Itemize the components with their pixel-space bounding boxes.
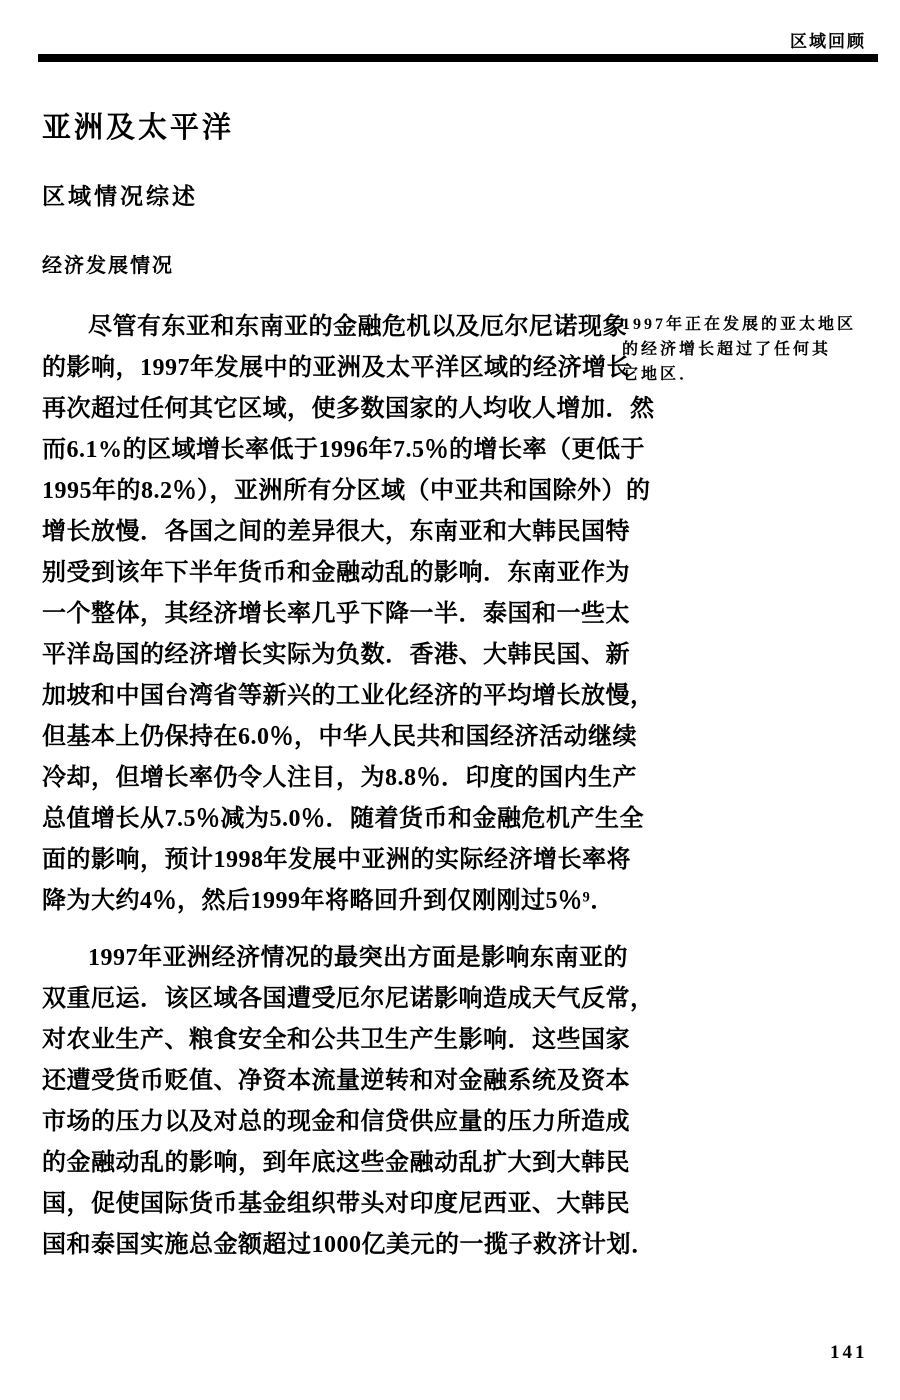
body-line: 面的影响，预计1998年发展中亚洲的实际经济增长率将 [42, 840, 617, 881]
body-line: 别受到该年下半年货币和金融动乱的影响．东南亚作为 [42, 553, 617, 594]
body-line: 而6.1%的区域增长率低于1996年7.5％的增长率（更低于 [42, 430, 617, 471]
body-line: 双重厄运．该区域各国遭受厄尔尼诺影响造成天气反常， [42, 979, 617, 1020]
body-line: 的金融动乱的影响，到年底这些金融动乱扩大到大韩民 [42, 1143, 617, 1184]
body-line: 还遭受货币贬值、净资本流量逆转和对金融系统及资本 [42, 1061, 617, 1102]
page-subtitle: 区域情况综述 [42, 178, 198, 211]
header-rule-divider [38, 54, 878, 62]
body-line: 平洋岛国的经济增长实际为负数．香港、大韩民国、新 [42, 635, 617, 676]
body-line: 的影响，1997年发展中的亚洲及太平洋区域的经济增长 [42, 348, 617, 389]
body-line: 对农业生产、粮食安全和公共卫生产生影响．这些国家 [42, 1020, 617, 1061]
body-line: 冷却，但增长率仍令人注目，为8.8％．印度的国内生产 [42, 758, 617, 799]
body-line: 再次超过任何其它区域，使多数国家的人均收人增加．然 [42, 389, 617, 430]
margin-note-line: 它地区． [622, 362, 884, 387]
margin-note-line: 的经济增长超过了任何其 [622, 337, 884, 362]
page-number: 141 [830, 1342, 868, 1364]
paragraph-1: 尽管有东亚和东南亚的金融危机以及厄尔尼诺现象 的影响，1997年发展中的亚洲及太… [42, 307, 617, 922]
body-line: 国，促使国际货币基金组织带头对印度尼西亚、大韩民 [42, 1184, 617, 1225]
body-line: 降为大约4％，然后1999年将略回升到仅刚刚过5％⁹． [42, 881, 617, 922]
body-line: 加坡和中国台湾省等新兴的工业化经济的平均增长放慢， [42, 676, 617, 717]
body-line: 市场的压力以及对总的现金和信贷供应量的压力所造成 [42, 1102, 617, 1143]
body-line: 但基本上仍保持在6.0％，中华人民共和国经济活动继续 [42, 717, 617, 758]
page-title: 亚洲及太平洋 [42, 105, 234, 146]
section-heading: 经济发展情况 [42, 249, 174, 278]
body-line: 总值增长从7.5％减为5.0％．随着货币和金融危机产生全 [42, 799, 617, 840]
body-line: 一个整体，其经济增长率几乎下降一半．泰国和一些太 [42, 594, 617, 635]
paragraph-2: 1997年亚洲经济情况的最突出方面是影响东南亚的 双重厄运．该区域各国遭受厄尔尼… [42, 938, 617, 1266]
running-header: 区域回顾 [790, 27, 866, 52]
body-line: 1995年的8.2％），亚洲所有分区域（中亚共和国除外）的 [42, 471, 617, 512]
body-line: 尽管有东亚和东南亚的金融危机以及厄尔尼诺现象 [42, 307, 617, 348]
body-line: 1997年亚洲经济情况的最突出方面是影响东南亚的 [42, 938, 617, 979]
margin-note-line: 1997年正在发展的亚太地区 [622, 312, 884, 337]
document-page: 区域回顾 亚洲及太平洋 区域情况综述 经济发展情况 尽管有东亚和东南亚的金融危机… [0, 0, 900, 1400]
body-line: 增长放慢．各国之间的差异很大，东南亚和大韩民国特 [42, 512, 617, 553]
margin-note: 1997年正在发展的亚太地区 的经济增长超过了任何其 它地区． [622, 312, 884, 387]
body-line: 国和泰国实施总金额超过1000亿美元的一揽子救济计划． [42, 1225, 617, 1266]
